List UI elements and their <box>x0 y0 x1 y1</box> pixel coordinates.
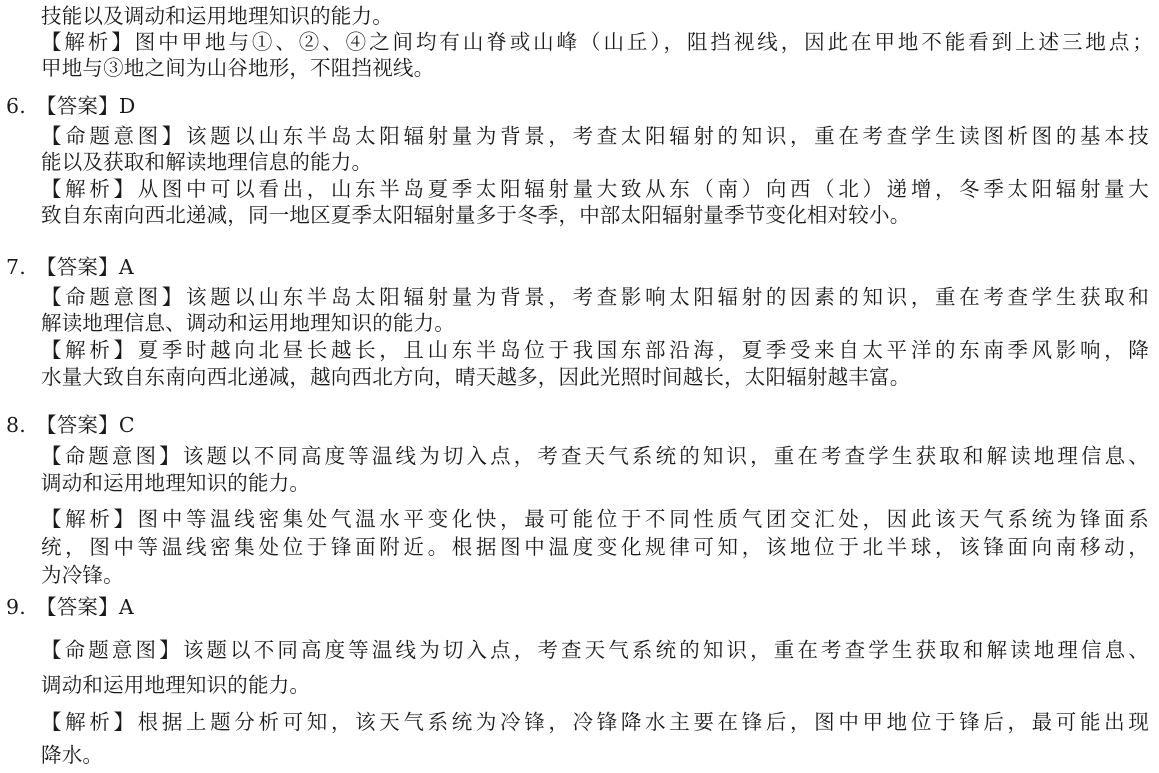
q7-intent-line2: 解读地理信息、调动和运用地理知识的能力。 <box>41 310 455 336</box>
question-number: 9. <box>6 594 36 620</box>
text-line: 该题以不同高度等温线为切入点，考查天气系统的知识，重在考查学生获取和解读地理信息… <box>183 638 1149 662</box>
intent-label: 【命题意图】 <box>41 285 186 309</box>
analysis-label: 【解析】 <box>41 30 135 54</box>
text-line: 致自东南向西北递减，同一地区夏季太阳辐射量多于冬季，中部太阳辐射量季节变化相对较… <box>41 203 910 227</box>
q9-analysis-line1: 【解析】根据上题分析可知，该天气系统为冷锋，冷锋降水主要在锋后，图中甲地位于锋后… <box>41 709 1149 735</box>
q6-answer: 6.【答案】D <box>6 93 135 119</box>
intent-label: 【命题意图】 <box>41 124 186 148</box>
text-line: 统，图中等温线密集处位于锋面附近。根据图中温度变化规律可知，该地位于北半球，该锋… <box>41 535 1149 559</box>
intent-label: 【命题意图】 <box>41 444 183 468</box>
q7-answer: 7.【答案】A <box>6 254 134 280</box>
analysis-label: 【解析】 <box>41 338 138 362</box>
text-line: 能以及获取和解读地理信息的能力。 <box>41 150 372 174</box>
q8-intent-line2: 调动和运用地理知识的能力。 <box>41 470 310 496</box>
text-line: 从图中可以看出，山东半岛夏季太阳辐射量大致从东（南）向西（北）递增，冬季太阳辐射… <box>138 177 1149 201</box>
q6-intent-line2: 能以及获取和解读地理信息的能力。 <box>41 149 372 175</box>
q8-intent-line1: 【命题意图】该题以不同高度等温线为切入点，考查天气系统的知识，重在考查学生获取和… <box>41 443 1149 469</box>
q9-intent-line1: 【命题意图】该题以不同高度等温线为切入点，考查天气系统的知识，重在考查学生获取和… <box>41 637 1149 663</box>
q9-intent-line2: 调动和运用地理知识的能力。 <box>41 672 310 698</box>
text-line: 调动和运用地理知识的能力。 <box>41 673 310 697</box>
q5-analysis-line2: 甲地与③地之间为山谷地形，不阻挡视线。 <box>41 55 434 81</box>
text-line: 降水。 <box>41 743 103 767</box>
text-line: 图中甲地与①、②、④之间均有山脊或山峰（山丘），阻挡视线，因此在甲地不能看到上述… <box>135 30 1153 54</box>
answer-value: A <box>119 595 134 619</box>
q7-intent-line1: 【命题意图】该题以山东半岛太阳辐射量为背景，考查影响太阳辐射的因素的知识，重在考… <box>41 284 1149 310</box>
analysis-label: 【解析】 <box>41 710 138 734</box>
q6-analysis-line1: 【解析】从图中可以看出，山东半岛夏季太阳辐射量大致从东（南）向西（北）递增，冬季… <box>41 176 1149 202</box>
answer-value: C <box>119 413 135 437</box>
q5-analysis-line1: 【解析】图中甲地与①、②、④之间均有山脊或山峰（山丘），阻挡视线，因此在甲地不能… <box>41 29 1153 55</box>
text-line: 夏季时越向北昼长越长，且山东半岛位于我国东部沿海，夏季受来自太平洋的东南季风影响… <box>138 338 1149 362</box>
text-line: 调动和运用地理知识的能力。 <box>41 471 310 495</box>
answer-label: 【答案】 <box>36 255 119 279</box>
analysis-label: 【解析】 <box>41 507 138 531</box>
text-line: 该题以山东半岛太阳辐射量为背景，考查太阳辐射的知识，重在考查学生读图析图的基本技 <box>186 124 1149 148</box>
text-line: 为冷锋。 <box>41 563 124 587</box>
q9-analysis-line2: 降水。 <box>41 742 103 768</box>
q8-analysis-line2: 统，图中等温线密集处位于锋面附近。根据图中温度变化规律可知，该地位于北半球，该锋… <box>41 534 1149 560</box>
q8-analysis-line3: 为冷锋。 <box>41 562 124 588</box>
question-number: 7. <box>6 254 36 280</box>
q9-answer: 9.【答案】A <box>6 594 134 620</box>
q8-analysis-line1: 【解析】图中等温线密集处气温水平变化快，最可能位于不同性质气团交汇处，因此该天气… <box>41 506 1149 532</box>
text-line: 该题以山东半岛太阳辐射量为背景，考查影响太阳辐射的因素的知识，重在考查学生获取和 <box>186 285 1149 309</box>
q7-analysis-line1: 【解析】夏季时越向北昼长越长，且山东半岛位于我国东部沿海，夏季受来自太平洋的东南… <box>41 337 1149 363</box>
text-line: 图中等温线密集处气温水平变化快，最可能位于不同性质气团交汇处，因此该天气系统为锋… <box>138 507 1149 531</box>
text-line: 根据上题分析可知，该天气系统为冷锋，冷锋降水主要在锋后，图中甲地位于锋后，最可能… <box>138 710 1149 734</box>
answer-label: 【答案】 <box>36 94 119 118</box>
answer-value: A <box>119 255 134 279</box>
text-line: 水量大致自东南向西北递减，越向西北方向，晴天越多，因此光照时间越长，太阳辐射越丰… <box>41 365 910 389</box>
intent-label: 【命题意图】 <box>41 638 183 662</box>
q5-intent-tail: 技能以及调动和运用地理知识的能力。 <box>41 3 393 29</box>
answer-label: 【答案】 <box>36 595 119 619</box>
question-number: 6. <box>6 93 36 119</box>
answer-value: D <box>119 94 136 118</box>
q6-analysis-line2: 致自东南向西北递减，同一地区夏季太阳辐射量多于冬季，中部太阳辐射量季节变化相对较… <box>41 202 910 228</box>
q7-analysis-line2: 水量大致自东南向西北递减，越向西北方向，晴天越多，因此光照时间越长，太阳辐射越丰… <box>41 364 910 390</box>
answer-label: 【答案】 <box>36 413 119 437</box>
text-line: 该题以不同高度等温线为切入点，考查天气系统的知识，重在考查学生获取和解读地理信息… <box>183 444 1149 468</box>
document-page: 技能以及调动和运用地理知识的能力。 【解析】图中甲地与①、②、④之间均有山脊或山… <box>0 0 1159 773</box>
text-line: 解读地理信息、调动和运用地理知识的能力。 <box>41 311 455 335</box>
analysis-label: 【解析】 <box>41 177 138 201</box>
text-line: 甲地与③地之间为山谷地形，不阻挡视线。 <box>41 56 434 80</box>
text-line: 技能以及调动和运用地理知识的能力。 <box>41 4 393 28</box>
question-number: 8. <box>6 412 36 438</box>
q8-answer: 8.【答案】C <box>6 412 135 438</box>
q6-intent-line1: 【命题意图】该题以山东半岛太阳辐射量为背景，考查太阳辐射的知识，重在考查学生读图… <box>41 123 1149 149</box>
